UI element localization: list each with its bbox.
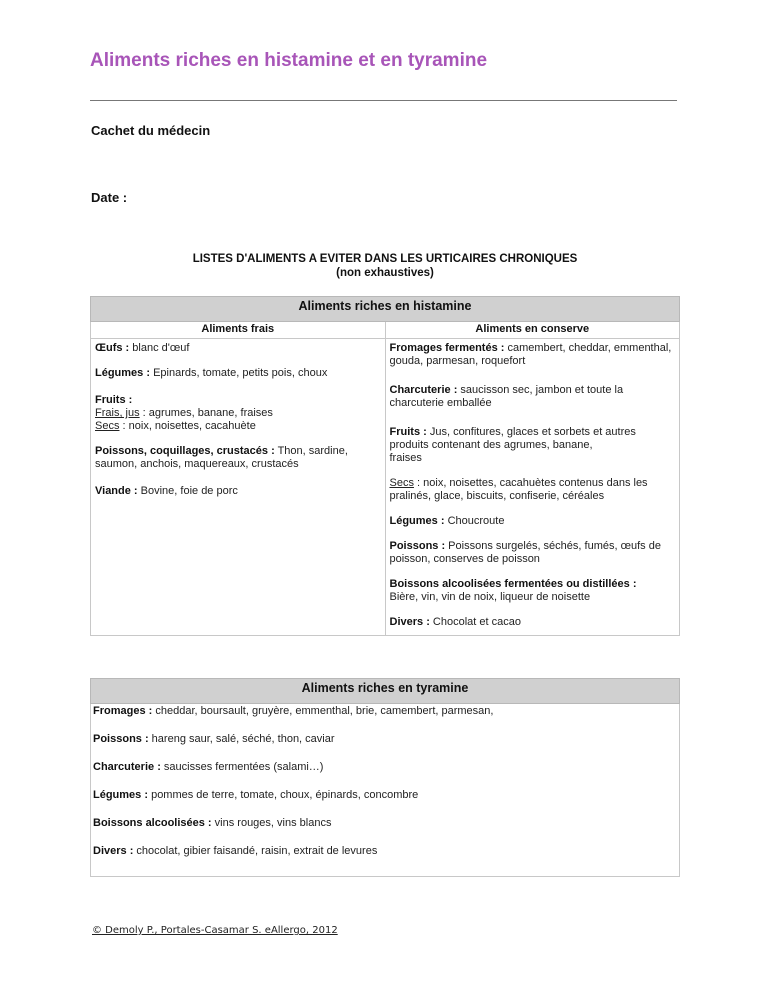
entry-fromages: Fromages fermentés : camembert, cheddar,… xyxy=(390,342,676,368)
entry-oeufs: Œufs : blanc d'œuf xyxy=(95,342,381,355)
entry-value: : agrumes, banane, fraises xyxy=(140,407,273,419)
entry-poissons: Poissons, coquillages, crustacés : Thon,… xyxy=(95,445,381,471)
entry-key: Divers : xyxy=(390,616,430,628)
entry-subkey: Secs xyxy=(95,420,119,432)
entry-value: pommes de terre, tomate, choux, épinards… xyxy=(148,789,418,801)
tyramine-entry: Fromages : cheddar, boursault, gruyère, … xyxy=(93,705,677,718)
entry-legumes: Légumes : Epinards, tomate, petits pois,… xyxy=(95,367,381,380)
entry-key: Boissons alcoolisées : xyxy=(93,817,212,829)
entry-divers: Divers : Chocolat et cacao xyxy=(390,616,676,629)
date-label: Date : xyxy=(91,190,127,205)
list-heading-subtitle: (non exhaustives) xyxy=(90,266,680,280)
entry-charcuterie: Charcuterie : saucisson sec, jambon et t… xyxy=(390,384,676,410)
entry-key: Légumes : xyxy=(95,367,150,379)
fresh-foods-column: Œufs : blanc d'œuf Légumes : Epinards, t… xyxy=(91,339,386,636)
tyramine-list: Fromages : cheddar, boursault, gruyère, … xyxy=(91,704,680,877)
entry-value: vins rouges, vins blancs xyxy=(212,817,332,829)
title-divider xyxy=(90,100,677,101)
entry-key: Charcuterie : xyxy=(390,384,458,396)
entry-key: Fruits : xyxy=(390,426,427,438)
entry-value: Chocolat et cacao xyxy=(430,616,521,628)
entry-key: Fromages fermentés : xyxy=(390,342,505,354)
entry-fruits-conserve: Fruits : Jus, confitures, glaces et sorb… xyxy=(390,426,676,465)
entry-key: Boissons alcoolisées fermentées ou disti… xyxy=(390,578,637,590)
entry-value: cheddar, boursault, gruyère, emmenthal, … xyxy=(152,705,493,717)
entry-value: hareng saur, salé, séché, thon, caviar xyxy=(149,733,335,745)
tyramine-entry: Poissons : hareng saur, salé, séché, tho… xyxy=(93,733,677,746)
entry-poissons-conserve: Poissons : Poissons surgelés, séchés, fu… xyxy=(390,540,676,566)
canned-foods-header: Aliments en conserve xyxy=(385,322,680,339)
entry-value: chocolat, gibier faisandé, raisin, extra… xyxy=(133,845,377,857)
tyramine-entry: Boissons alcoolisées : vins rouges, vins… xyxy=(93,817,677,830)
entry-key: Viande : xyxy=(95,485,138,497)
entry-fruits: Fruits :Frais, jus : agrumes, banane, fr… xyxy=(95,394,381,433)
document-title: Aliments riches en histamine et en tyram… xyxy=(90,50,487,72)
entry-legumes-conserve: Légumes : Choucroute xyxy=(390,515,676,528)
entry-subkey: Frais, jus xyxy=(95,407,140,419)
tyramine-table-title: Aliments riches en tyramine xyxy=(91,679,680,704)
entry-key: Divers : xyxy=(93,845,133,857)
entry-key: Poissons : xyxy=(93,733,149,745)
histamine-table-title: Aliments riches en histamine xyxy=(91,297,680,322)
entry-key: Charcuterie : xyxy=(93,761,161,773)
list-heading-title: LISTES D'ALIMENTS A EVITER DANS LES URTI… xyxy=(90,252,680,266)
entry-value: Epinards, tomate, petits pois, choux xyxy=(150,367,327,379)
entry-value: fraises xyxy=(390,452,422,464)
entry-value: Bière, vin, vin de noix, liqueur de nois… xyxy=(390,591,591,603)
tyramine-entry: Charcuterie : saucisses fermentées (sala… xyxy=(93,761,677,774)
entry-value: saucisses fermentées (salami…) xyxy=(161,761,324,773)
canned-foods-column: Fromages fermentés : camembert, cheddar,… xyxy=(385,339,680,636)
entry-value: : noix, noisettes, cacahuète xyxy=(119,420,255,432)
entry-key: Légumes : xyxy=(390,515,445,527)
entry-secs: Secs : noix, noisettes, cacahuètes conte… xyxy=(390,477,676,503)
histamine-table: Aliments riches en histamine Aliments fr… xyxy=(90,296,680,636)
entry-key: Œufs : xyxy=(95,342,129,354)
entry-value: Choucroute xyxy=(445,515,505,527)
entry-key: Légumes : xyxy=(93,789,148,801)
entry-value: Jus, confitures, glaces et sorbets et au… xyxy=(390,426,636,451)
fresh-foods-header: Aliments frais xyxy=(91,322,386,339)
entry-value: Bovine, foie de porc xyxy=(138,485,238,497)
entry-key: Poissons : xyxy=(390,540,446,552)
entry-value: : noix, noisettes, cacahuètes contenus d… xyxy=(390,477,648,502)
list-heading: LISTES D'ALIMENTS A EVITER DANS LES URTI… xyxy=(90,252,680,280)
tyramine-entry: Légumes : pommes de terre, tomate, choux… xyxy=(93,789,677,802)
tyramine-entry: Divers : chocolat, gibier faisandé, rais… xyxy=(93,845,677,858)
entry-boissons: Boissons alcoolisées fermentées ou disti… xyxy=(390,578,676,604)
entry-key: Fruits : xyxy=(95,394,132,406)
entry-subkey: Secs xyxy=(390,477,414,489)
entry-value: blanc d'œuf xyxy=(129,342,189,354)
tyramine-table: Aliments riches en tyramine Fromages : c… xyxy=(90,678,680,877)
entry-key: Fromages : xyxy=(93,705,152,717)
copyright-footer: © Demoly P., Portales-Casamar S. eAllerg… xyxy=(92,925,338,936)
entry-key: Poissons, coquillages, crustacés : xyxy=(95,445,275,457)
doctor-stamp-label: Cachet du médecin xyxy=(91,123,210,138)
entry-viande: Viande : Bovine, foie de porc xyxy=(95,485,381,498)
